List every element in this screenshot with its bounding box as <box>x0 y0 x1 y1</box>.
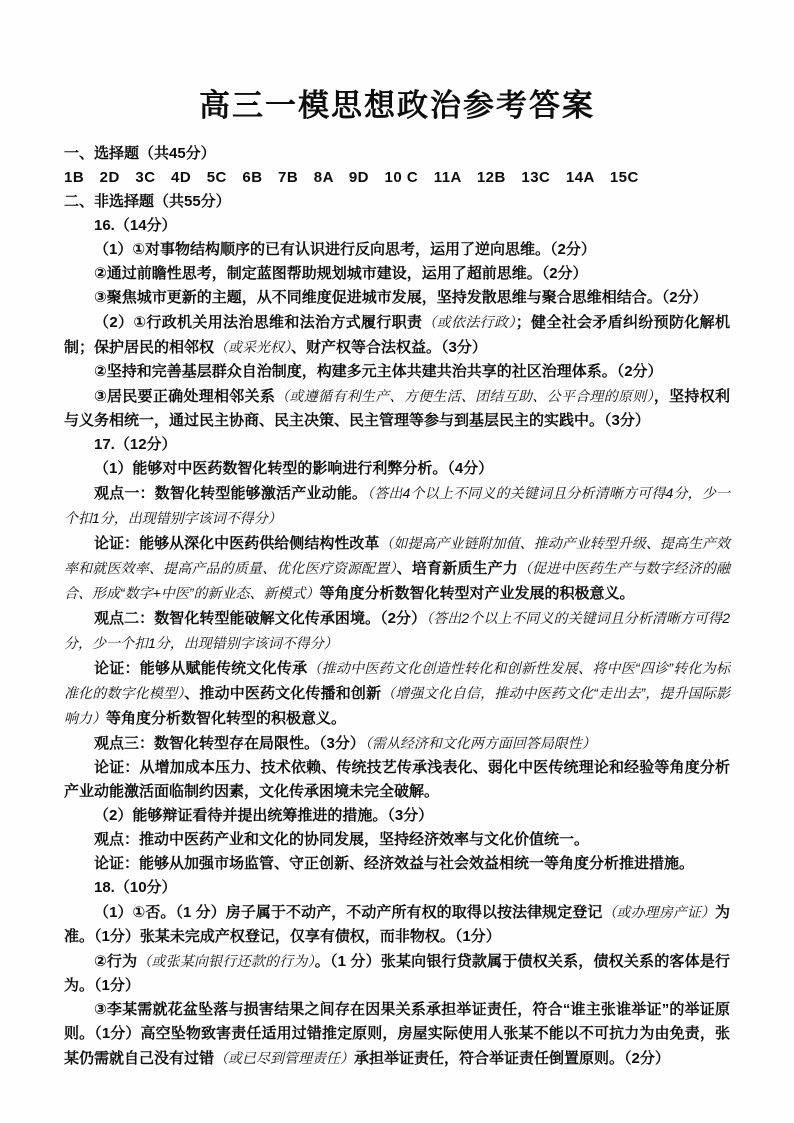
q17-1-view1: 观点一：数智化转型能够激活产业动能。（答出4个以上不同义的关键词且分析清晰方可得… <box>64 481 730 531</box>
document-page: 高三一模思想政治参考答案 一、选择题（共45分） 1B 2D 3C 4D 5C … <box>0 0 794 1123</box>
q18-header: 18.（10分） <box>64 876 730 900</box>
page-title: 高三一模思想政治参考答案 <box>64 84 730 128</box>
q18-1-point2: ②行为（或张某向银行还款的行为）。（1 分）张某向银行贷款属于债权关系，债权关系… <box>64 949 730 998</box>
q16-header: 16.（14分） <box>64 214 730 238</box>
q17-1-view3: 观点三：数智化转型存在局限性。（3分）（需从经济和文化两方面回答局限性） <box>64 731 730 756</box>
text-run: 观点三：数智化转型存在局限性。（3分） <box>94 735 365 752</box>
kai-annotation: （或采光权） <box>214 339 291 355</box>
text-run: 承担举证责任，符合举证责任倒置原则。（2分） <box>354 1050 670 1067</box>
q17-2-intro: （2）能够辩证看待并提出统筹推进的措施。（3分） <box>64 804 730 828</box>
text-run: 论证：能够从加强市场监管、守正创新、经济效益与社会效益相统一等角度分析推进措施。 <box>94 855 694 872</box>
q16-2-point3: ③居民要正确处理相邻关系（或遵循有利生产、方便生活、团结互助、公平合理的原则），… <box>64 384 730 433</box>
text-run: ②坚持和完善基层群众自治制度，构建多元主体共建共治共享的社区治理体系。（2分） <box>94 363 663 380</box>
q16-1-point1: （1）①对事物结构顺序的已有认识进行反向思考，运用了逆向思维。（2分） <box>64 238 730 262</box>
q16-2-point1: （2）①行政机关用法治思维和法治方式履行职责（或依法行政）；健全社会矛盾纠纷预防… <box>64 310 730 360</box>
kai-annotation: （需从经济和文化两方面回答局限性） <box>365 735 596 751</box>
q17-1-intro: （1）能够对中医药数智化转型的影响进行利弊分析。（4分） <box>64 457 730 481</box>
q17-1-view2-proof: 论证：能够从赋能传统文化传承（推动中医药文化创造性转化和创新性发展、将中医“四诊… <box>64 656 730 731</box>
text-run: 17.（12分） <box>94 436 177 453</box>
text-run: 等角度分析数智化转型的积极意义。 <box>106 710 346 727</box>
text-run: 观点：推动中医药产业和文化的协同发展，坚持经济效率与文化价值统一。 <box>94 831 589 848</box>
q16-1-point3: ③聚焦城市更新的主题，从不同维度促进城市发展，坚持发散思维与聚合思维相结合。（2… <box>64 286 730 310</box>
text-run: （1）①对事物结构顺序的已有认识进行反向思考，运用了逆向思维。（2分） <box>94 241 596 258</box>
text-run: 论证：能够从赋能传统文化传承 <box>94 660 307 677</box>
text-run: 观点一：数智化转型能够激活产业动能。 <box>94 485 367 502</box>
text-run: 18.（10分） <box>94 879 177 896</box>
text-run: 等角度分析数智化转型对产业发展的积极意义。 <box>320 585 635 602</box>
choice-answers-row: 1B 2D 3C 4D 5C 6B 7B 8A 9D 10 C 11A 12B … <box>64 166 730 190</box>
text-run: 论证：从增加成本压力、技术依赖、传统技艺传承浅表化、弱化中医传统理论和经验等角度… <box>64 759 730 800</box>
q16-1-point2: ②通过前瞻性思考，制定蓝图帮助规划城市建设，运用了超前思维。（2分） <box>64 262 730 286</box>
q17-1-view3-proof: 论证：从增加成本压力、技术依赖、传统技艺传承浅表化、弱化中医传统理论和经验等角度… <box>64 756 730 804</box>
answer-blocks: 16.（14分）（1）①对事物结构顺序的已有认识进行反向思考，运用了逆向思维。（… <box>64 214 730 1071</box>
text-run: 论证：能够从深化中医药供给侧结构性改革 <box>94 535 379 552</box>
section-heading-choice: 一、选择题（共45分） <box>64 142 730 166</box>
text-run: 16.（14分） <box>94 217 177 234</box>
q18-1-point1: （1）①否。（1 分）房子属于不动产，不动产所有权的取得以按法律规定登记（或办理… <box>64 900 730 949</box>
text-run: （1）能够对中医药数智化转型的影响进行利弊分析。（4分） <box>94 460 493 477</box>
q17-1-view1-proof: 论证：能够从深化中医药供给侧结构性改革（如提高产业链附加值、推动产业转型升级、提… <box>64 531 730 606</box>
q17-2-view: 观点：推动中医药产业和文化的协同发展，坚持经济效率与文化价值统一。 <box>64 828 730 852</box>
kai-annotation: （或办理房产证） <box>602 904 715 920</box>
text-run: ③聚焦城市更新的主题，从不同维度促进城市发展，坚持发散思维与聚合思维相结合。（2… <box>94 289 708 306</box>
text-run: （2）①行政机关用法治思维和法治方式履行职责 <box>94 314 422 331</box>
text-run: 、培育新质生产力 <box>397 560 518 577</box>
section-heading-non-choice: 二、非选择题（共55分） <box>64 190 730 214</box>
text-run: ③居民要正确处理相邻关系 <box>94 388 275 405</box>
kai-annotation: （或遵循有利生产、方便生活、团结互助、公平合理的原则） <box>275 388 654 404</box>
q16-2-point2: ②坚持和完善基层群众自治制度，构建多元主体共建共治共享的社区治理体系。（2分） <box>64 360 730 384</box>
text-run: （2）能够辩证看待并提出统筹推进的措施。（3分） <box>94 807 433 824</box>
text-run: 、推动中医药文化传播和创新 <box>184 685 381 702</box>
q17-2-proof: 论证：能够从加强市场监管、守正创新、经济效益与社会效益相统一等角度分析推进措施。 <box>64 852 730 876</box>
kai-annotation: （或依法行政） <box>422 314 515 330</box>
text-run: 观点二：数智化转型能破解文化传承困境。（2分） <box>94 610 426 627</box>
text-run: （1）①否。（1 分）房子属于不动产，不动产所有权的取得以按法律规定登记 <box>94 904 602 921</box>
q17-header: 17.（12分） <box>64 433 730 457</box>
text-run: ②行为 <box>94 953 137 970</box>
text-run: ②通过前瞻性思考，制定蓝图帮助规划城市建设，运用了超前思维。（2分） <box>94 265 588 282</box>
text-run: 、财产权等合法权益。（3分） <box>291 339 487 356</box>
q17-1-view2: 观点二：数智化转型能破解文化传承困境。（2分）（答出2个以上不同义的关键词且分析… <box>64 606 730 656</box>
kai-annotation: （或张某向银行还款的行为） <box>137 953 315 969</box>
q18-1-point3: ③李某需就花盆坠落与损害结果之间存在因果关系承担举证责任，符合“谁主张谁举证”的… <box>64 998 730 1071</box>
kai-annotation: （或已尽到管理责任） <box>214 1050 354 1066</box>
